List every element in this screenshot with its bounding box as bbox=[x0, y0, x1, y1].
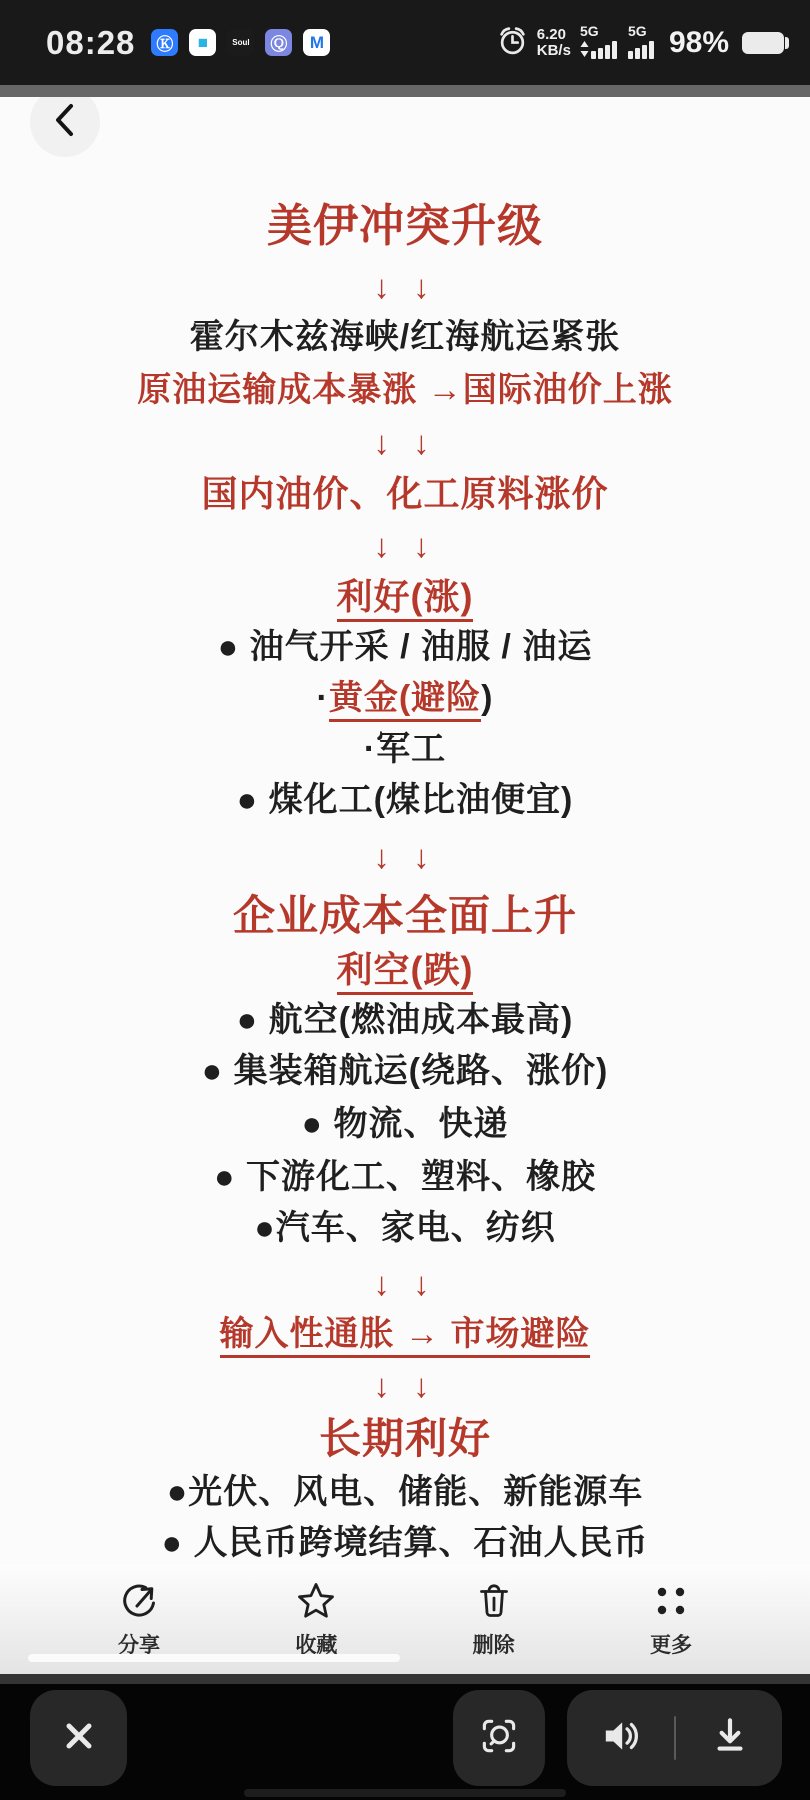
notification-app-icons: Ⓚ■SoulⓆM bbox=[151, 29, 330, 56]
title-line: 美伊冲突升级 bbox=[0, 196, 810, 256]
clock-time: 08:28 bbox=[46, 24, 135, 62]
network-speed: 6.20 KB/s bbox=[537, 27, 571, 59]
bullet-line: ● 人民币跨境结算、石油人民币 bbox=[0, 1518, 810, 1565]
bullet-line: ● 物流、快递 bbox=[0, 1099, 810, 1150]
chevron-left-icon bbox=[47, 98, 83, 147]
m-app-icon: M bbox=[303, 29, 330, 56]
top-divider-strip bbox=[0, 85, 810, 97]
note-content: 美伊冲突升级↓ ↓霍尔木兹海峡/红海航运紧张原油运输成本暴涨 →国际油价上涨↓ … bbox=[0, 97, 810, 1565]
button-divider bbox=[674, 1716, 676, 1760]
trash-icon bbox=[472, 1579, 516, 1623]
status-bar-right: 6.20 KB/s 5G bbox=[497, 25, 784, 61]
soul-app-icon: Soul bbox=[227, 29, 254, 56]
audio-download-button-group[interactable] bbox=[567, 1690, 782, 1786]
bullet-line: ● 航空(燃油成本最高) bbox=[0, 995, 810, 1046]
section-header: 利好(涨) bbox=[0, 571, 810, 622]
quark-app-icon: Ⓠ bbox=[265, 29, 292, 56]
status-bar: 08:28 Ⓚ■SoulⓆM 6.20 KB/s 5G bbox=[0, 0, 810, 85]
progress-bar[interactable] bbox=[28, 1654, 400, 1662]
speaker-icon[interactable] bbox=[596, 1712, 644, 1765]
bullet-line: ·黄金(避险) bbox=[0, 673, 810, 724]
bullet-line: ·军工 bbox=[0, 724, 810, 775]
back-button[interactable] bbox=[30, 97, 100, 157]
delete-label: 删除 bbox=[473, 1629, 515, 1659]
updown-arrows-icon bbox=[580, 39, 589, 61]
close-button[interactable] bbox=[30, 1690, 127, 1786]
arrows-line: ↓ ↓ bbox=[0, 1360, 810, 1411]
bullet-line: ● 油气开采 / 油服 / 油运 bbox=[0, 622, 810, 673]
section-header: 利空(跌) bbox=[0, 944, 810, 995]
control-bar-top-strip bbox=[0, 1674, 810, 1684]
phone-screen: 08:28 Ⓚ■SoulⓆM 6.20 KB/s 5G bbox=[0, 0, 810, 1800]
chat-app-icon: ■ bbox=[189, 29, 216, 56]
video-control-bar bbox=[0, 1674, 810, 1800]
sim1-signal: 5G bbox=[580, 25, 619, 61]
section-header: 输入性通胀 → 市场避险 bbox=[0, 1309, 810, 1360]
arrows-line: ↓ ↓ bbox=[0, 520, 810, 571]
signal-bars-icon bbox=[628, 39, 656, 61]
arrows-line: ↓ ↓ bbox=[0, 831, 810, 882]
image-search-button[interactable] bbox=[453, 1690, 545, 1786]
more-dots-icon bbox=[649, 1579, 693, 1623]
bullet-line: ● 下游化工、塑料、橡胶 bbox=[0, 1152, 810, 1203]
arrows-line: ↓ ↓ bbox=[0, 417, 810, 468]
home-indicator[interactable] bbox=[244, 1789, 566, 1797]
content-line: 霍尔木兹海峡/红海航运紧张 bbox=[0, 312, 810, 363]
battery-percent: 98% bbox=[669, 26, 729, 60]
bullet-line: ●光伏、风电、储能、新能源车 bbox=[0, 1467, 810, 1518]
sim2-signal: 5G bbox=[628, 25, 656, 61]
bullet-line: ● 煤化工(煤比油便宜) bbox=[0, 775, 810, 826]
section-header: 长期利好 bbox=[0, 1411, 810, 1467]
content-line: 原油运输成本暴涨 →国际油价上涨 bbox=[0, 365, 810, 416]
more-button[interactable]: 更多 bbox=[607, 1579, 735, 1674]
close-icon bbox=[56, 1713, 102, 1764]
bullet-line: ● 集装箱航运(绕路、涨价) bbox=[0, 1046, 810, 1097]
keep-app-icon: Ⓚ bbox=[151, 29, 178, 56]
section-header: 国内油价、化工原料涨价 bbox=[0, 468, 810, 519]
flowchart-lines: 美伊冲突升级↓ ↓霍尔木兹海峡/红海航运紧张原油运输成本暴涨 →国际油价上涨↓ … bbox=[0, 196, 810, 1565]
battery-icon bbox=[742, 32, 784, 54]
download-icon[interactable] bbox=[707, 1713, 753, 1764]
delete-button[interactable]: 删除 bbox=[430, 1579, 558, 1674]
section-header: 企业成本全面上升 bbox=[0, 888, 810, 944]
star-icon bbox=[294, 1579, 338, 1623]
scan-search-icon bbox=[476, 1713, 522, 1764]
action-toolbar: 分享 收藏 删除 bbox=[0, 1565, 810, 1674]
alarm-icon bbox=[497, 25, 528, 61]
signal-bars-icon bbox=[591, 39, 619, 61]
share-icon bbox=[117, 1579, 161, 1623]
arrows-line: ↓ ↓ bbox=[0, 1258, 810, 1309]
more-label: 更多 bbox=[650, 1629, 692, 1659]
bullet-line: ●汽车、家电、纺织 bbox=[0, 1203, 810, 1254]
arrows-line: ↓ ↓ bbox=[0, 261, 810, 312]
